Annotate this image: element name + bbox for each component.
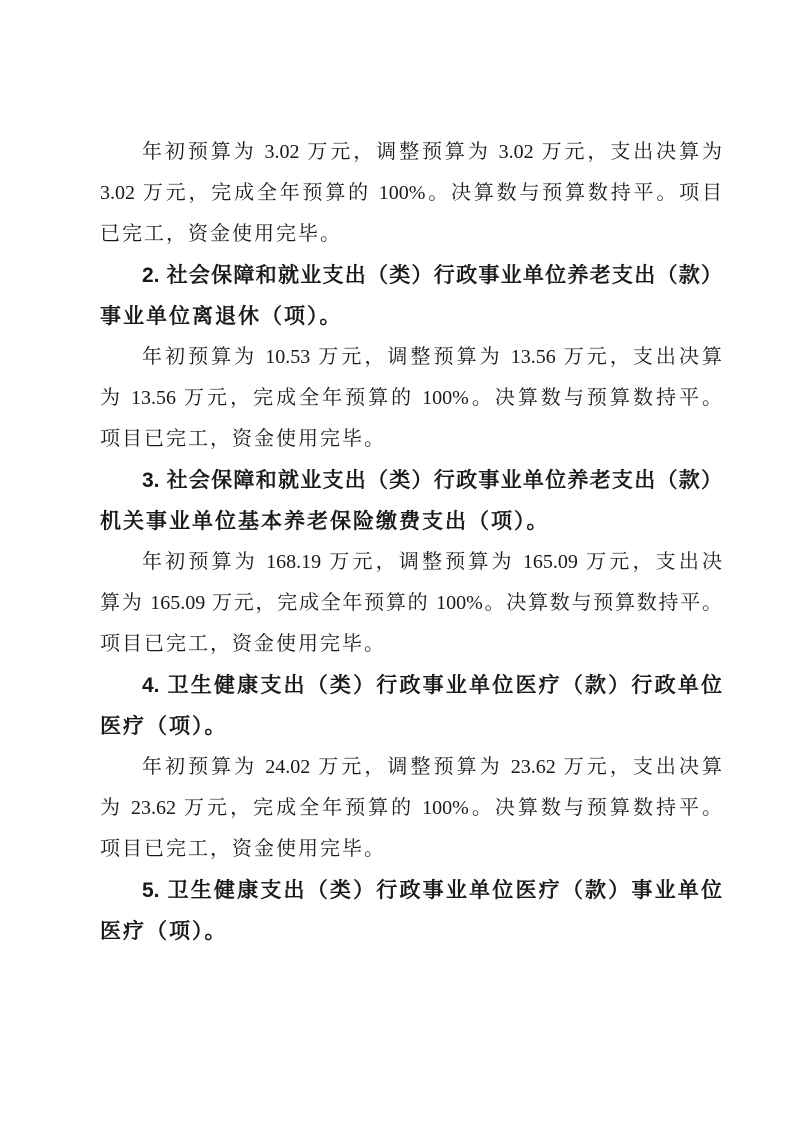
text-line: 算为 165.09 万元，完成全年预算的 100%。决算数与预算数持平。 <box>100 583 722 624</box>
text-line: 年初预算为 10.53 万元，调整预算为 13.56 万元，支出决算 <box>100 337 722 378</box>
text-line: 项目已完工，资金使用完毕。 <box>100 624 722 665</box>
budget-detail-paragraph-1: 年初预算为 3.02 万元，调整预算为 3.02 万元，支出决算为 3.02 万… <box>100 132 722 255</box>
text-line: 年初预算为 3.02 万元，调整预算为 3.02 万元，支出决算为 <box>100 132 722 173</box>
heading-line: 5. 卫生健康支出（类）行政事业单位医疗（款）事业单位 <box>100 870 722 911</box>
expense-item-heading-4: 4. 卫生健康支出（类）行政事业单位医疗（款）行政单位 医疗（项）。 <box>100 665 722 747</box>
text-line: 为 23.62 万元，完成全年预算的 100%。决算数与预算数持平。 <box>100 788 722 829</box>
text-line: 项目已完工，资金使用完毕。 <box>100 419 722 460</box>
budget-detail-paragraph-2: 年初预算为 10.53 万元，调整预算为 13.56 万元，支出决算 为 13.… <box>100 337 722 460</box>
text-line: 已完工，资金使用完毕。 <box>100 214 722 255</box>
text-line: 项目已完工，资金使用完毕。 <box>100 829 722 870</box>
heading-line: 医疗（项）。 <box>100 911 722 952</box>
expense-item-heading-2: 2. 社会保障和就业支出（类）行政事业单位养老支出（款） 事业单位离退休（项）。 <box>100 255 722 337</box>
heading-line: 2. 社会保障和就业支出（类）行政事业单位养老支出（款） <box>100 255 722 296</box>
text-line: 年初预算为 168.19 万元，调整预算为 165.09 万元，支出决 <box>100 542 722 583</box>
document-page: 年初预算为 3.02 万元，调整预算为 3.02 万元，支出决算为 3.02 万… <box>0 0 793 1122</box>
budget-detail-paragraph-3: 年初预算为 168.19 万元，调整预算为 165.09 万元，支出决 算为 1… <box>100 542 722 665</box>
text-line: 3.02 万元，完成全年预算的 100%。决算数与预算数持平。项目 <box>100 173 722 214</box>
expense-item-heading-5: 5. 卫生健康支出（类）行政事业单位医疗（款）事业单位 医疗（项）。 <box>100 870 722 952</box>
heading-line: 3. 社会保障和就业支出（类）行政事业单位养老支出（款） <box>100 460 722 501</box>
text-line: 为 13.56 万元，完成全年预算的 100%。决算数与预算数持平。 <box>100 378 722 419</box>
heading-line: 医疗（项）。 <box>100 706 722 747</box>
heading-line: 4. 卫生健康支出（类）行政事业单位医疗（款）行政单位 <box>100 665 722 706</box>
budget-detail-paragraph-4: 年初预算为 24.02 万元，调整预算为 23.62 万元，支出决算 为 23.… <box>100 747 722 870</box>
expense-item-heading-3: 3. 社会保障和就业支出（类）行政事业单位养老支出（款） 机关事业单位基本养老保… <box>100 460 722 542</box>
heading-line: 机关事业单位基本养老保险缴费支出（项）。 <box>100 501 722 542</box>
heading-line: 事业单位离退休（项）。 <box>100 296 722 337</box>
text-line: 年初预算为 24.02 万元，调整预算为 23.62 万元，支出决算 <box>100 747 722 788</box>
